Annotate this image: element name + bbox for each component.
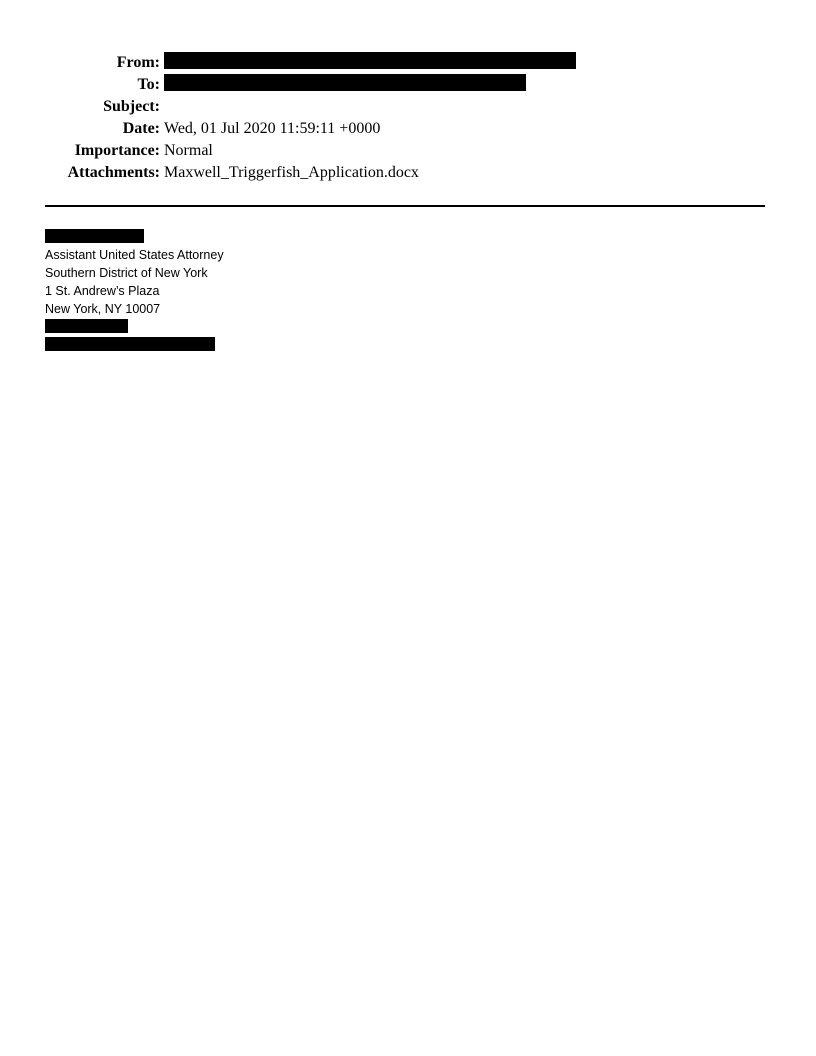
importance-row: Importance: Normal [0,140,816,162]
phone-redaction [45,319,128,333]
to-redaction [164,74,526,91]
signature-city: New York, NY 10007 [45,300,224,318]
from-redaction [164,52,576,69]
importance-value: Normal [160,142,213,160]
email-header: From: To: Subject: Date: Wed, 01 Jul 202… [0,52,816,184]
signature-address: 1 St. Andrew’s Plaza [45,282,224,300]
to-row: To: [0,74,816,96]
subject-label: Subject: [0,98,160,116]
from-label: From: [0,54,160,72]
from-row: From: [0,52,816,74]
attachments-row: Attachments: Maxwell_Triggerfish_Applica… [0,162,816,184]
attachment-link[interactable]: Maxwell_Triggerfish_Application.docx [160,164,419,182]
signature-office: Southern District of New York [45,264,224,282]
email-redaction [45,337,215,351]
signature-title: Assistant United States Attorney [45,246,224,264]
signature-block: Assistant United States Attorney Souther… [45,228,224,354]
attachments-label: Attachments: [0,164,160,182]
name-redaction [45,229,144,243]
date-label: Date: [0,120,160,138]
subject-row: Subject: [0,96,816,118]
importance-label: Importance: [0,142,160,160]
date-value: Wed, 01 Jul 2020 11:59:11 +0000 [160,120,380,138]
to-label: To: [0,76,160,94]
header-divider [45,205,765,207]
date-row: Date: Wed, 01 Jul 2020 11:59:11 +0000 [0,118,816,140]
